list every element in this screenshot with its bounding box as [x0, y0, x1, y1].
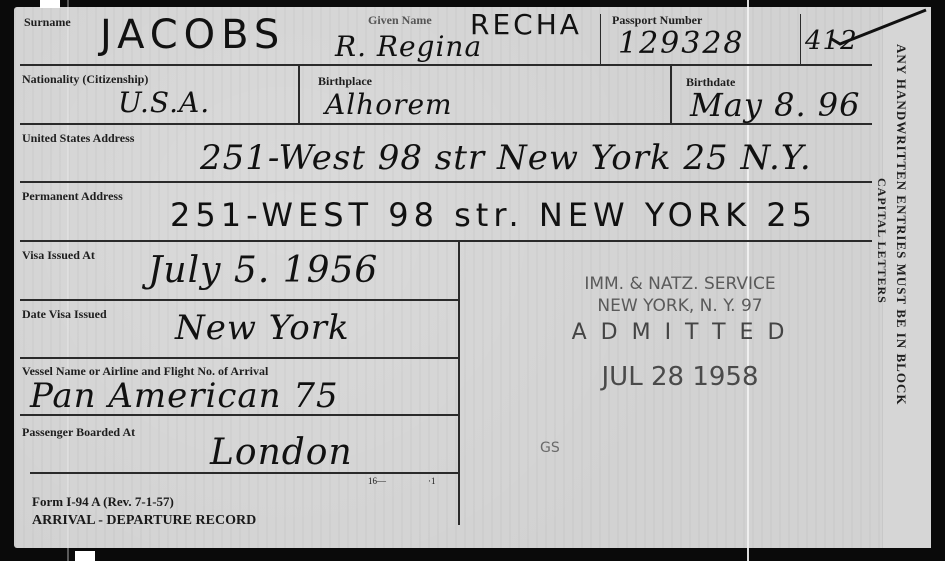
birthplace-label: Birthplace [318, 74, 372, 89]
stamp-service: IMM. & NATZ. SERVICE [530, 274, 830, 294]
nationality-label: Nationality (Citizenship) [22, 72, 148, 87]
given-name-value: R. Regina [335, 30, 482, 63]
divider [458, 240, 460, 525]
boarded-at-label: Passenger Boarded At [22, 425, 135, 440]
divider [800, 14, 801, 64]
given-name-label: Given Name [368, 13, 432, 28]
vessel-value: Pan American 75 [30, 376, 339, 416]
rule [20, 240, 872, 242]
us-address-value: 251-West 98 str New York 25 N.Y. [200, 138, 812, 178]
date-visa-issued-value: New York [175, 308, 350, 348]
divider [600, 14, 601, 64]
surname-value: JACOBS [100, 12, 285, 58]
birthdate-value: May 8. 96 [690, 86, 861, 124]
permanent-address-label: Permanent Address [22, 189, 123, 204]
scan-artifact [40, 0, 60, 8]
stamp-location: NEW YORK, N. Y. 97 [530, 296, 830, 316]
rule [20, 299, 460, 301]
passport-number-value: 129328 [618, 26, 745, 61]
permanent-address-value: 251-WEST 98 str. NEW YORK 25 [170, 196, 817, 234]
stamp-mark: GS [540, 440, 560, 456]
boarded-at-value: London [210, 432, 353, 473]
visa-issued-at-label: Visa Issued At [22, 248, 95, 263]
birthplace-value: Alhorem [325, 88, 453, 121]
checkmark-icon [828, 8, 928, 48]
footer-code-left: 16— [368, 476, 386, 486]
capital-letters-notice: CAPITAL LETTERS [874, 178, 889, 304]
footer-code-right: ·1 [428, 476, 436, 486]
scan-artifact [75, 551, 95, 561]
visa-issued-at-value: July 5. 1956 [148, 250, 378, 291]
divider [298, 66, 300, 123]
stamp-date: JUL 28 1958 [560, 362, 800, 392]
rule [20, 357, 460, 359]
divider [670, 66, 672, 123]
nationality-value: U.S.A. [118, 86, 210, 119]
stamp-admitted: ADMITTED [530, 320, 840, 345]
given-name-overwrite: RECHA [470, 8, 582, 41]
us-address-label: United States Address [22, 131, 134, 146]
rule [20, 181, 872, 183]
form-number: Form I-94 A (Rev. 7-1-57) [32, 494, 174, 510]
date-visa-issued-label: Date Visa Issued [22, 307, 107, 322]
form-title: ARRIVAL - DEPARTURE RECORD [32, 513, 256, 529]
surname-label: Surname [24, 15, 71, 30]
block-letters-notice: ANY HANDWRITTEN ENTRIES MUST BE IN BLOCK [893, 44, 909, 405]
rule [20, 64, 872, 66]
